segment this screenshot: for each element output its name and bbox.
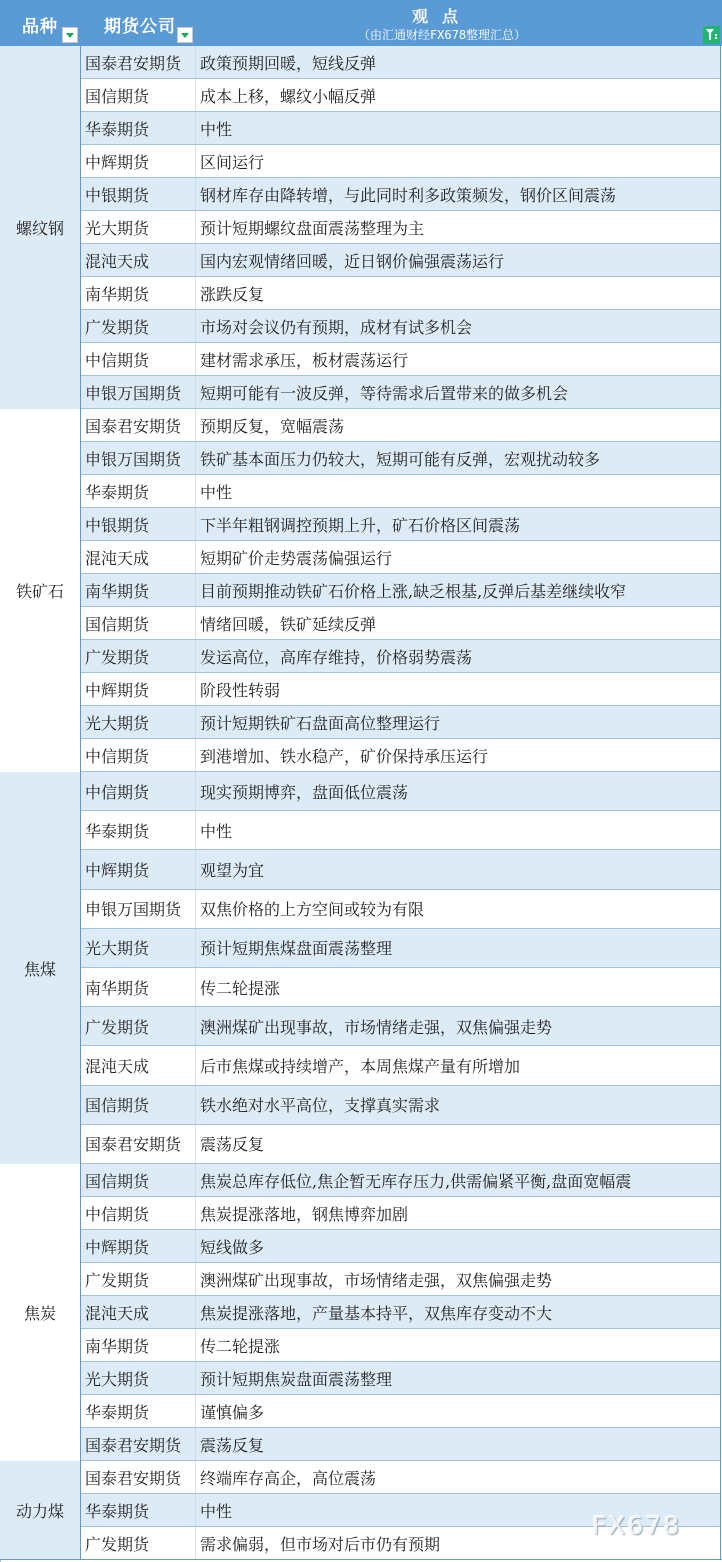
opinion-cell[interactable]: 国内宏观情绪回暖，近日钢价偏强震荡运行 (196, 244, 720, 276)
table-row[interactable]: 混沌天成短期矿价走势震荡偏强运行 (81, 541, 721, 574)
company-cell[interactable]: 中信期货 (81, 739, 196, 771)
table-row[interactable]: 光大期货预计短期铁矿石盘面高位整理运行 (81, 706, 721, 739)
company-cell[interactable]: 中银期货 (81, 178, 196, 210)
table-row[interactable]: 国信期货情绪回暖，铁矿延续反弹 (81, 607, 721, 640)
company-cell[interactable]: 申银万国期货 (81, 376, 196, 408)
company-cell[interactable]: 中信期货 (81, 772, 196, 810)
watermark: FX678 (592, 1511, 681, 1540)
company-cell[interactable]: 混沌天成 (81, 541, 196, 573)
table-row[interactable]: 南华期货传二轮提涨 (81, 1329, 721, 1362)
table-row[interactable]: 中辉期货阶段性转弱 (81, 673, 721, 706)
category-filter-dropdown-icon[interactable] (62, 27, 78, 43)
company-cell[interactable]: 中辉期货 (81, 850, 196, 888)
header-company-cell: 期货公司 (82, 0, 196, 46)
table-row[interactable]: 广发期货发运高位，高库存维持，价格弱势震荡 (81, 640, 721, 673)
company-cell[interactable]: 混沌天成 (81, 1296, 196, 1328)
opinion-cell[interactable]: 情绪回暖，铁矿延续反弹 (196, 607, 720, 639)
opinion-cell[interactable]: 传二轮提涨 (196, 1329, 720, 1361)
company-cell[interactable]: 南华期货 (81, 574, 196, 606)
opinion-cell[interactable]: 谨慎偏多 (196, 1395, 720, 1427)
table-row[interactable]: 中银期货钢材库存由降转增，与此同时利多政策频发，钢价区间震荡 (81, 178, 721, 211)
table-row[interactable]: 光大期货预计短期焦煤盘面震荡整理 (81, 929, 721, 968)
category-cell[interactable]: 螺纹钢 (0, 46, 81, 409)
opinion-cell[interactable]: 铁矿基本面压力仍较大，短期可能有反弹，宏观扰动较多 (196, 442, 720, 474)
company-cell[interactable]: 国信期货 (81, 79, 196, 111)
category-cell[interactable]: 焦炭 (0, 1164, 81, 1461)
opinion-cell[interactable]: 中性 (196, 112, 720, 144)
category-section: 焦炭国信期货焦炭总库存低位,焦企暂无库存压力,供需偏紧平衡,盘面宽幅震中信期货焦… (0, 1164, 722, 1461)
company-cell[interactable]: 国信期货 (81, 1164, 196, 1196)
opinion-cell[interactable]: 观望为宜 (196, 850, 720, 888)
company-cell[interactable]: 中辉期货 (81, 145, 196, 177)
opinion-cell[interactable]: 焦炭提涨落地，产量基本持平，双焦库存变动不大 (196, 1296, 720, 1328)
company-cell[interactable]: 广发期货 (81, 310, 196, 342)
table-row[interactable]: 华泰期货中性 (81, 811, 721, 850)
opinion-cell[interactable]: 到港增加、铁水稳产，矿价保持承压运行 (196, 739, 720, 771)
company-cell[interactable]: 中银期货 (81, 508, 196, 540)
company-cell[interactable]: 国信期货 (81, 1086, 196, 1124)
opinion-cell[interactable]: 预计短期焦炭盘面震荡整理 (196, 1362, 720, 1394)
table-row[interactable]: 中信期货现实预期博弈，盘面低位震荡 (81, 772, 721, 811)
opinion-cell[interactable]: 中性 (196, 811, 720, 849)
category-section: 螺纹钢国泰君安期货政策预期回暖，短线反弹国信期货成本上移，螺纹小幅反弹华泰期货中… (0, 46, 722, 409)
table-row[interactable]: 广发期货澳洲煤矿出现事故，市场情绪走强，双焦偏强走势 (81, 1007, 721, 1046)
company-cell[interactable]: 南华期货 (81, 968, 196, 1006)
opinion-cell[interactable]: 中性 (196, 475, 720, 507)
company-filter-dropdown-icon[interactable] (177, 27, 193, 43)
opinion-cell[interactable]: 震荡反复 (196, 1125, 720, 1163)
company-cell[interactable]: 华泰期货 (81, 475, 196, 507)
category-cell[interactable]: 焦煤 (0, 772, 81, 1164)
company-cell[interactable]: 广发期货 (81, 1263, 196, 1295)
company-cell[interactable]: 华泰期货 (81, 1494, 196, 1526)
company-cell[interactable]: 国泰君安期货 (81, 1428, 196, 1460)
opinion-cell[interactable]: 区间运行 (196, 145, 720, 177)
opinion-cell[interactable]: 预计短期铁矿石盘面高位整理运行 (196, 706, 720, 738)
header-opinion-cell: 观点 （由汇通财经FX678整理汇总） (197, 0, 722, 46)
opinion-cell[interactable]: 铁水绝对水平高位，支撑真实需求 (196, 1086, 720, 1124)
opinion-cell[interactable]: 预计短期焦煤盘面震荡整理 (196, 929, 720, 967)
opinion-cell[interactable]: 双焦价格的上方空间或较为有限 (196, 890, 720, 928)
company-cell[interactable]: 申银万国期货 (81, 890, 196, 928)
opinion-cell[interactable]: 终端库存高企，高位震荡 (196, 1461, 720, 1493)
table-row[interactable]: 国泰君安期货震荡反复 (81, 1428, 721, 1461)
opinion-cell[interactable]: 短期矿价走势震荡偏强运行 (196, 541, 720, 573)
opinion-cell[interactable]: 预计短期螺纹盘面震荡整理为主 (196, 211, 720, 243)
company-cell[interactable]: 中辉期货 (81, 1230, 196, 1262)
company-cell[interactable]: 国泰君安期货 (81, 409, 196, 441)
table-bottom-border (0, 1559, 722, 1560)
company-cell[interactable]: 国泰君安期货 (81, 1125, 196, 1163)
table-row[interactable]: 申银万国期货短期可能有一波反弹，等待需求后置带来的做多机会 (81, 376, 721, 409)
opinion-cell[interactable]: 市场对会议仍有预期，成材有试多机会 (196, 310, 720, 342)
company-cell[interactable]: 南华期货 (81, 277, 196, 309)
header-category-label: 品种 (22, 12, 58, 37)
table-row[interactable]: 中银期货下半年粗钢调控预期上升，矿石价格区间震荡 (81, 508, 721, 541)
table-row[interactable]: 广发期货市场对会议仍有预期，成材有试多机会 (81, 310, 721, 343)
company-cell[interactable]: 光大期货 (81, 706, 196, 738)
table-row[interactable]: 国信期货铁水绝对水平高位，支撑真实需求 (81, 1086, 721, 1125)
opinion-cell[interactable]: 发运高位，高库存维持，价格弱势震荡 (196, 640, 720, 672)
table-row[interactable]: 中辉期货观望为宜 (81, 850, 721, 889)
table-row[interactable]: 申银万国期货双焦价格的上方空间或较为有限 (81, 890, 721, 929)
category-cell[interactable]: 铁矿石 (0, 409, 81, 772)
opinion-cell[interactable]: 澳洲煤矿出现事故，市场情绪走强，双焦偏强走势 (196, 1007, 720, 1045)
opinion-cell[interactable]: 焦炭总库存低位,焦企暂无库存压力,供需偏紧平衡,盘面宽幅震 (196, 1164, 720, 1196)
table-row[interactable]: 南华期货传二轮提涨 (81, 968, 721, 1007)
header-company-label: 期货公司 (104, 12, 176, 37)
company-cell[interactable]: 光大期货 (81, 211, 196, 243)
header-category-cell: 品种 (0, 0, 82, 46)
company-cell[interactable]: 广发期货 (81, 640, 196, 672)
company-cell[interactable]: 华泰期货 (81, 112, 196, 144)
table-row[interactable]: 混沌天成国内宏观情绪回暖，近日钢价偏强震荡运行 (81, 244, 721, 277)
table-row[interactable]: 国泰君安期货终端库存高企，高位震荡 (81, 1461, 721, 1494)
company-cell[interactable]: 混沌天成 (81, 1046, 196, 1084)
opinion-cell[interactable]: 后市焦煤或持续增产，本周焦煤产量有所增加 (196, 1046, 720, 1084)
company-cell[interactable]: 中信期货 (81, 343, 196, 375)
company-cell[interactable]: 中信期货 (81, 1197, 196, 1229)
category-cell[interactable]: 动力煤 (0, 1461, 81, 1560)
opinion-cell[interactable]: 澳洲煤矿出现事故，市场情绪走强，双焦偏强走势 (196, 1263, 720, 1295)
table-row[interactable]: 国泰君安期货震荡反复 (81, 1125, 721, 1164)
opinion-cell[interactable]: 成本上移，螺纹小幅反弹 (196, 79, 720, 111)
company-cell[interactable]: 广发期货 (81, 1527, 196, 1559)
opinion-cell[interactable]: 政策预期回暖，短线反弹 (196, 46, 720, 78)
category-section: 焦煤中信期货现实预期博弈，盘面低位震荡华泰期货中性中辉期货观望为宜申银万国期货双… (0, 772, 722, 1164)
table-row[interactable]: 国泰君安期货政策预期回暖，短线反弹 (81, 46, 721, 79)
opinion-cell[interactable]: 现实预期博弈，盘面低位震荡 (196, 772, 720, 810)
company-cell[interactable]: 光大期货 (81, 1362, 196, 1394)
table-row[interactable]: 华泰期货中性 (81, 475, 721, 508)
table-row[interactable]: 南华期货目前预期推动铁矿石价格上涨,缺乏根基,反弹后基差继续收窄 (81, 574, 721, 607)
table-row[interactable]: 南华期货涨跌反复 (81, 277, 721, 310)
table-header: 品种 期货公司 观点 （由汇通财经FX678整理汇总） (0, 0, 722, 46)
company-cell[interactable]: 中辉期货 (81, 673, 196, 705)
table-row[interactable]: 中辉期货短线做多 (81, 1230, 721, 1263)
opinion-cell[interactable]: 目前预期推动铁矿石价格上涨,缺乏根基,反弹后基差继续收窄 (196, 574, 720, 606)
opinion-cell[interactable]: 下半年粗钢调控预期上升，矿石价格区间震荡 (196, 508, 720, 540)
company-cell[interactable]: 国泰君安期货 (81, 46, 196, 78)
table-row[interactable]: 申银万国期货铁矿基本面压力仍较大，短期可能有反弹，宏观扰动较多 (81, 442, 721, 475)
header-opinion-title: 观点 (197, 4, 687, 27)
opinion-cell[interactable]: 短线做多 (196, 1230, 720, 1262)
table-row[interactable]: 华泰期货中性 (81, 112, 721, 145)
opinion-cell[interactable]: 短期可能有一波反弹，等待需求后置带来的做多机会 (196, 376, 720, 408)
company-cell[interactable]: 华泰期货 (81, 811, 196, 849)
company-cell[interactable]: 申银万国期货 (81, 442, 196, 474)
category-section: 铁矿石国泰君安期货预期反复，宽幅震荡申银万国期货铁矿基本面压力仍较大，短期可能有… (0, 409, 722, 772)
opinion-cell[interactable]: 预期反复，宽幅震荡 (196, 409, 720, 441)
opinion-cell[interactable]: 钢材库存由降转增，与此同时利多政策频发，钢价区间震荡 (196, 178, 720, 210)
table-row[interactable]: 中信期货焦炭提涨落地，钢焦博弈加剧 (81, 1197, 721, 1230)
company-cell[interactable]: 广发期货 (81, 1007, 196, 1045)
table-row[interactable]: 中信期货建材需求承压，板材震荡运行 (81, 343, 721, 376)
opinion-cell[interactable]: 建材需求承压，板材震荡运行 (196, 343, 720, 375)
table-row[interactable]: 国信期货成本上移，螺纹小幅反弹 (81, 79, 721, 112)
table-row[interactable]: 光大期货预计短期螺纹盘面震荡整理为主 (81, 211, 721, 244)
company-cell[interactable]: 混沌天成 (81, 244, 196, 276)
table-row[interactable]: 混沌天成后市焦煤或持续增产，本周焦煤产量有所增加 (81, 1046, 721, 1085)
opinion-cell[interactable]: 震荡反复 (196, 1428, 720, 1460)
table-row[interactable]: 中信期货到港增加、铁水稳产，矿价保持承压运行 (81, 739, 721, 772)
company-cell[interactable]: 光大期货 (81, 929, 196, 967)
opinion-cell[interactable]: 阶段性转弱 (196, 673, 720, 705)
company-cell[interactable]: 南华期货 (81, 1329, 196, 1361)
table-row[interactable]: 光大期货预计短期焦炭盘面震荡整理 (81, 1362, 721, 1395)
table-row[interactable]: 华泰期货谨慎偏多 (81, 1395, 721, 1428)
company-cell[interactable]: 国泰君安期货 (81, 1461, 196, 1493)
company-cell[interactable]: 华泰期货 (81, 1395, 196, 1427)
table-row[interactable]: 国泰君安期货预期反复，宽幅震荡 (81, 409, 721, 442)
active-filter-icon[interactable] (703, 26, 720, 44)
table-row[interactable]: 中辉期货区间运行 (81, 145, 721, 178)
table-row[interactable]: 广发期货澳洲煤矿出现事故，市场情绪走强，双焦偏强走势 (81, 1263, 721, 1296)
table-row[interactable]: 混沌天成焦炭提涨落地，产量基本持平，双焦库存变动不大 (81, 1296, 721, 1329)
header-opinion-subtitle: （由汇通财经FX678整理汇总） (197, 26, 687, 43)
opinion-cell[interactable]: 涨跌反复 (196, 277, 720, 309)
opinion-cell[interactable]: 传二轮提涨 (196, 968, 720, 1006)
opinion-cell[interactable]: 焦炭提涨落地，钢焦博弈加剧 (196, 1197, 720, 1229)
company-cell[interactable]: 国信期货 (81, 607, 196, 639)
table-row[interactable]: 国信期货焦炭总库存低位,焦企暂无库存压力,供需偏紧平衡,盘面宽幅震 (81, 1164, 721, 1197)
